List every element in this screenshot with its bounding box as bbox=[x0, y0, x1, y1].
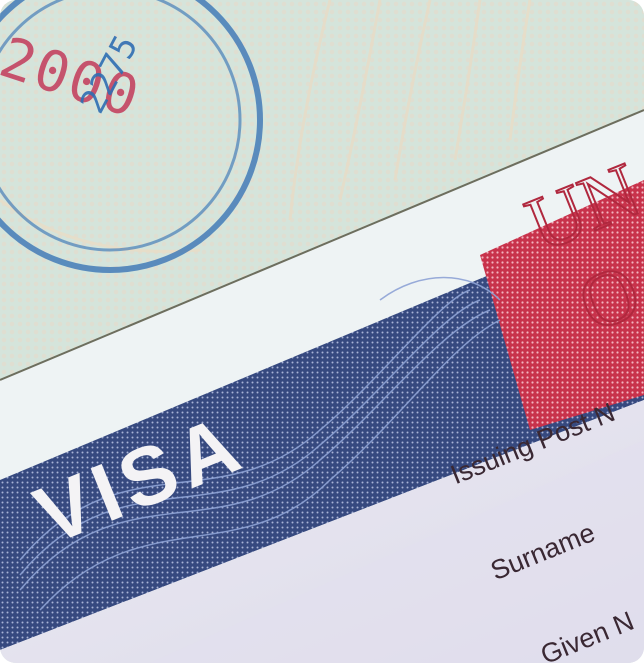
visa-photo: 2000 2275 VISA UN O Issuing Post N Surna… bbox=[0, 0, 644, 663]
